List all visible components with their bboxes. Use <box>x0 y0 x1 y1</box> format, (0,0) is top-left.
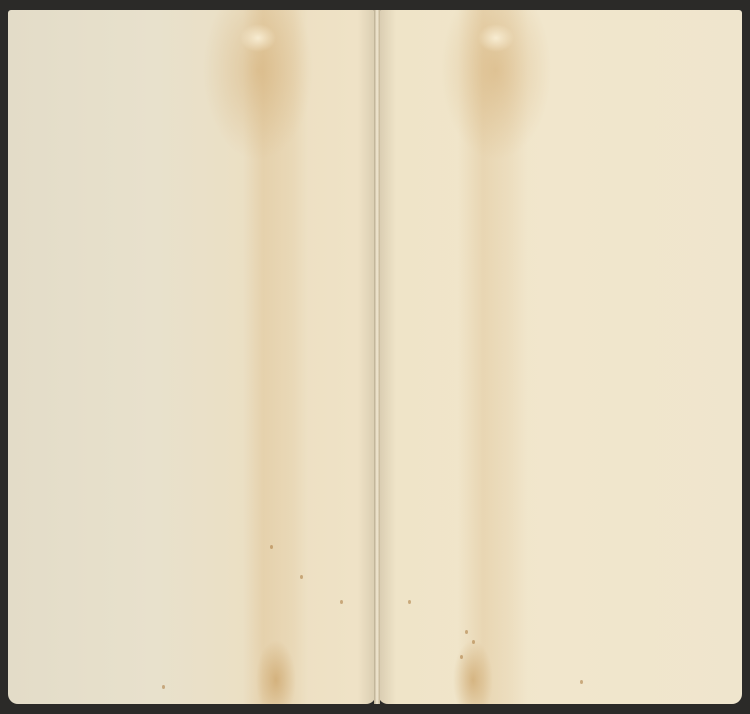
foxing-spot <box>465 630 468 634</box>
foxing-spot <box>300 575 303 579</box>
book-spine <box>374 10 380 704</box>
right-page <box>378 10 742 704</box>
foxing-spot <box>408 600 411 604</box>
left-page <box>8 10 376 704</box>
foxing-spot <box>162 685 165 689</box>
foxing-spot <box>340 600 343 604</box>
foxing-spot <box>270 545 273 549</box>
foxing-spot <box>580 680 583 684</box>
foxing-spot <box>460 655 463 659</box>
foxing-spot <box>472 640 475 644</box>
